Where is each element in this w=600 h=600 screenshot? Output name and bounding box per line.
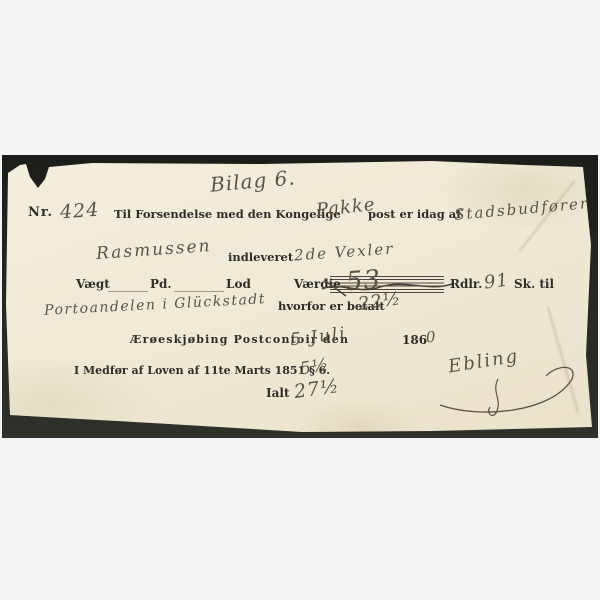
sender-name-written: Stadsbudfører	[453, 194, 589, 224]
weight-blank-rule	[108, 291, 148, 292]
indleveret-printed-text: indleveret	[228, 250, 293, 264]
post-er-idag-printed-text: post er idag af	[368, 207, 461, 221]
sk-label: Sk. til	[514, 277, 554, 291]
photo-mat: Bilag 6. Nr. 424 Til Forsendelse med den…	[2, 155, 598, 438]
nr-value: 424	[59, 199, 100, 224]
receipt-paper: Bilag 6. Nr. 424 Til Forsendelse med den…	[2, 155, 598, 438]
item-description-written: 2de Vexler	[293, 240, 394, 265]
place-written: Portoandelen i Glückstadt	[44, 291, 267, 319]
lod-label: Lod	[226, 277, 251, 291]
weight-label: Vægt	[76, 277, 110, 291]
total-label: Ialt	[266, 386, 290, 400]
total-written: 27½	[293, 375, 341, 403]
depositor-name-written: Rasmussen	[95, 236, 212, 264]
amount-paid-written: 22½	[357, 288, 403, 315]
forwarding-printed-text: Til Forsendelse med den Kongelige	[114, 207, 341, 221]
rdlr-written: 91	[483, 269, 511, 293]
pd-blank-rule	[174, 291, 224, 292]
nr-label: Nr.	[28, 205, 53, 220]
year-prefix-printed: 186	[402, 333, 427, 347]
pd-label: Pd.	[150, 277, 172, 291]
date-written: 5 Juli	[289, 324, 348, 351]
rdlr-label: Rdlr.	[450, 277, 482, 291]
signature-flourish-stroke	[434, 343, 584, 423]
handwritten-annotation: Bilag 6.	[209, 165, 296, 196]
law-reference-printed-text: I Medfør af Loven af 11te Marts 1851 § 6…	[74, 364, 330, 377]
